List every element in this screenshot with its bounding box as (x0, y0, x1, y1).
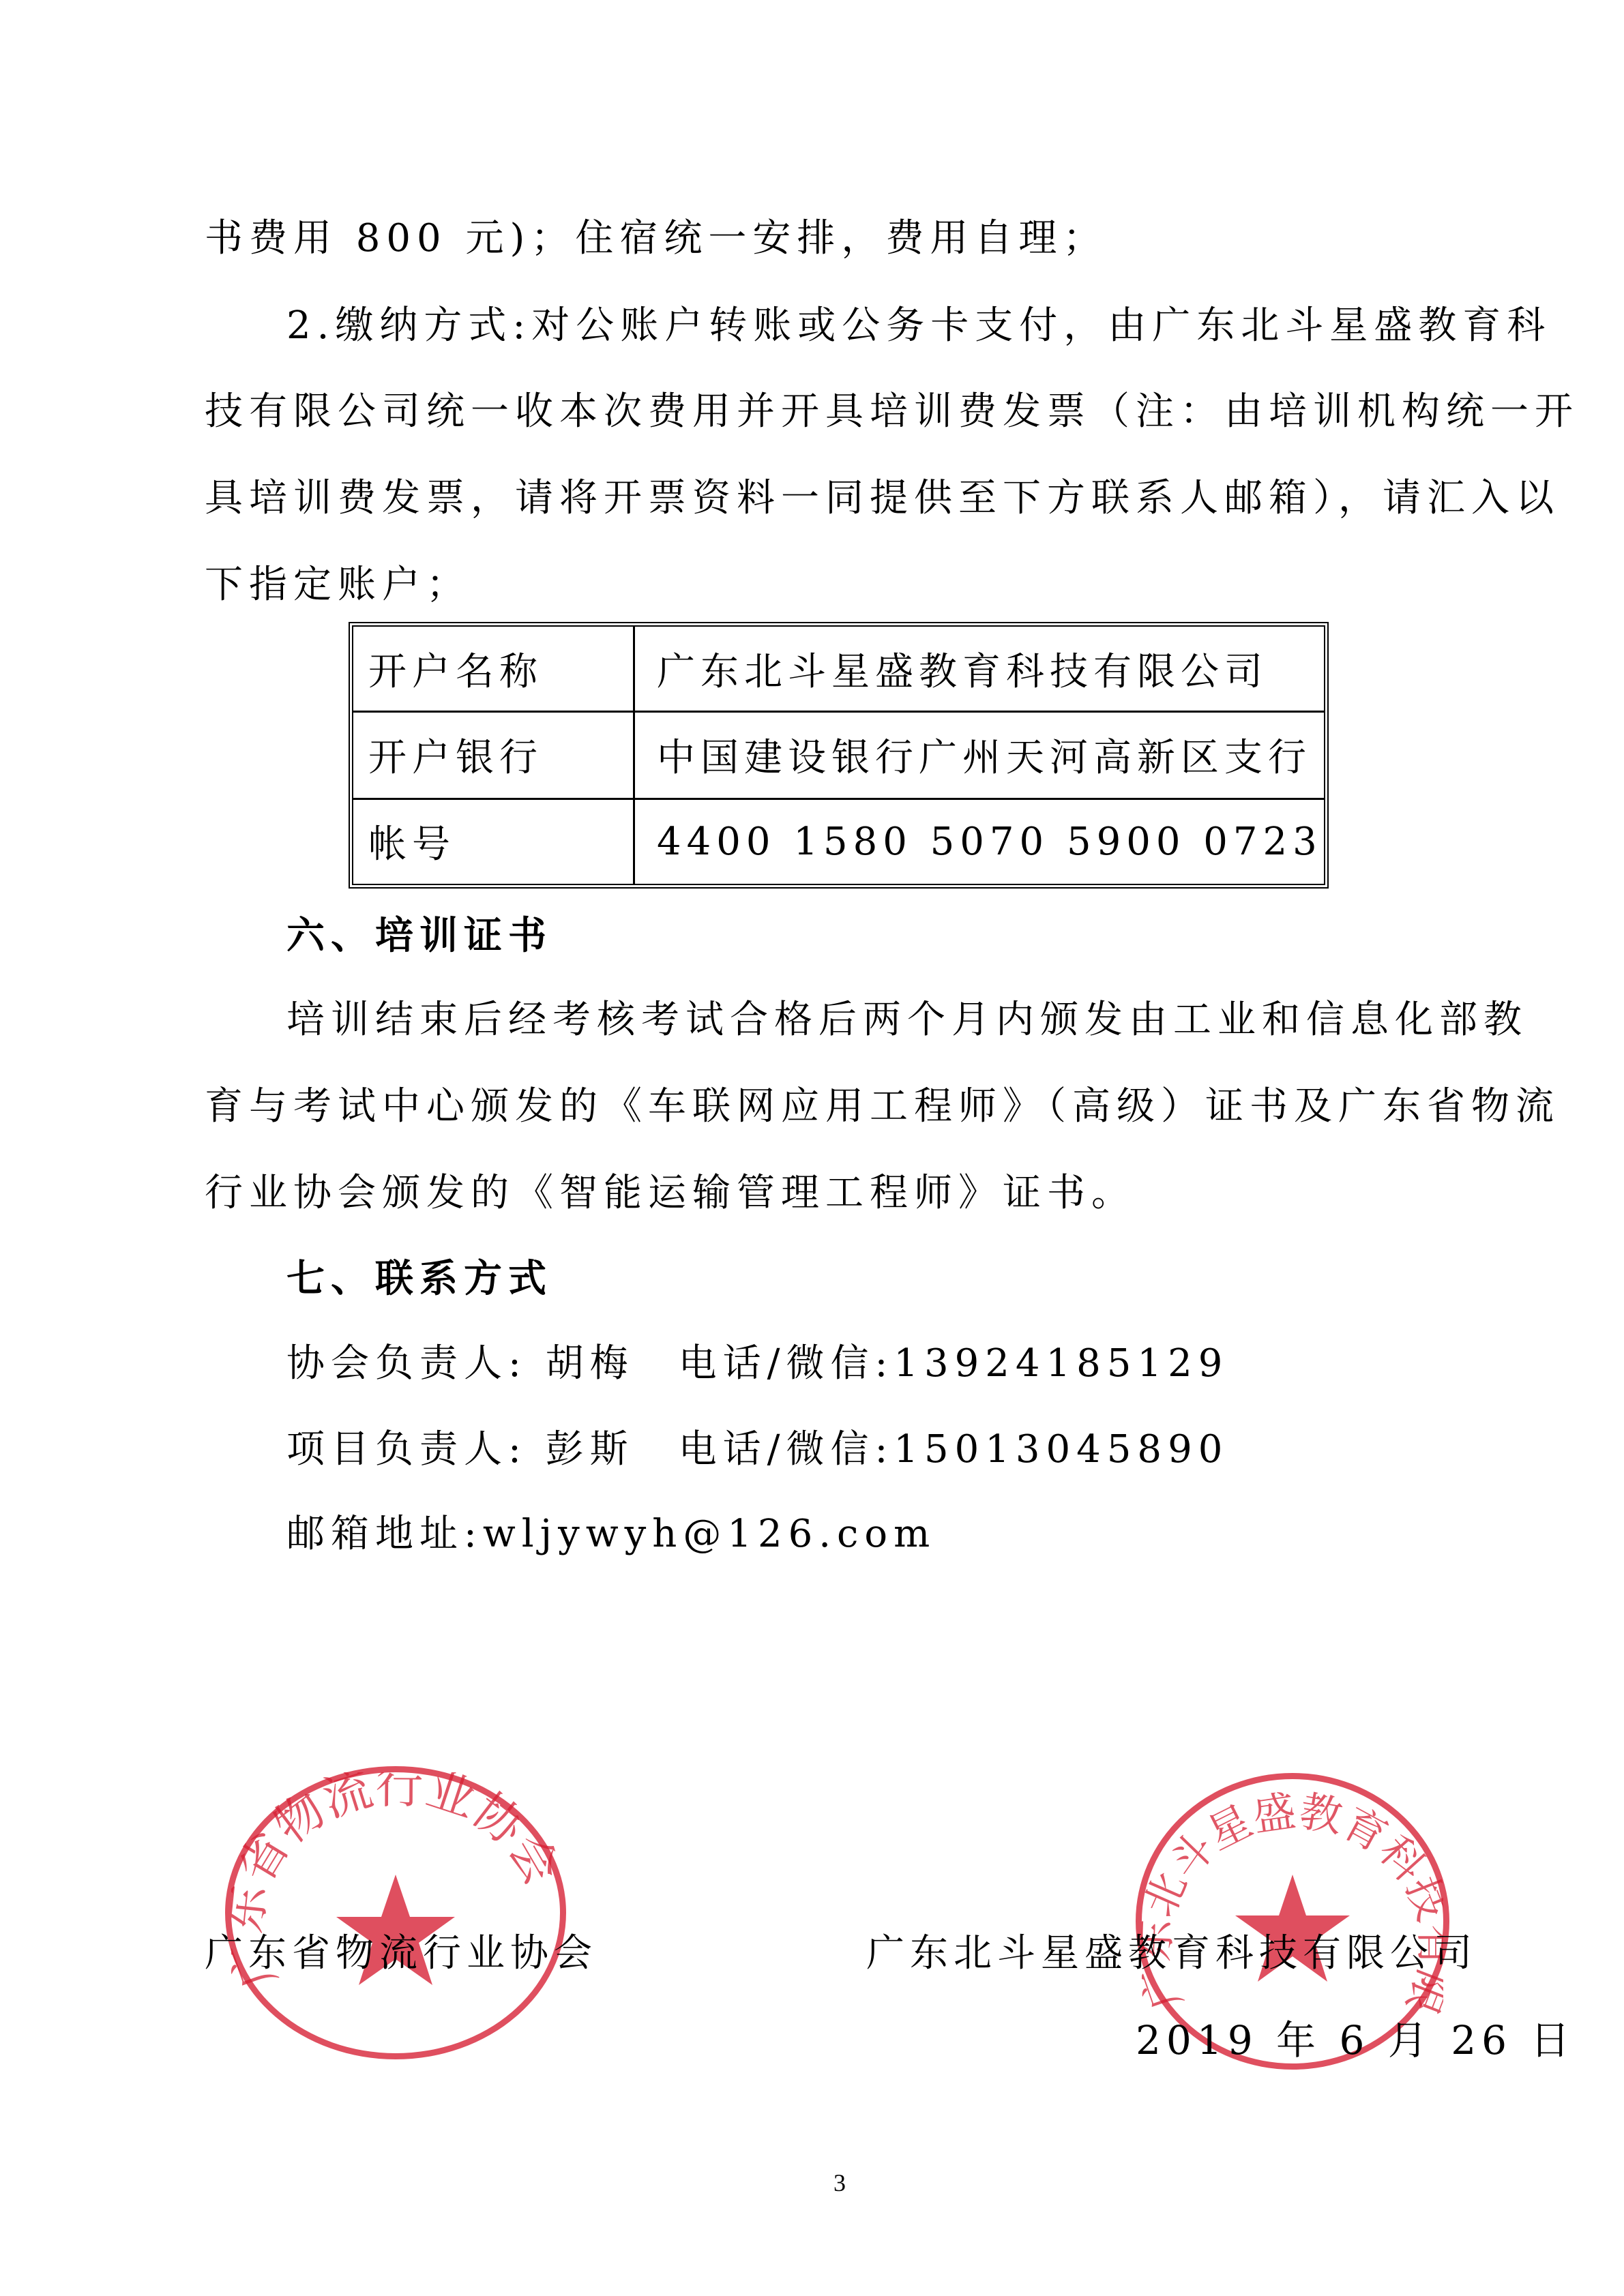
company-signature: 广东北斗星盛教育科技有限公司 (866, 1923, 1477, 1978)
table-row: 开户银行 中国建设银行广州天河高新区支行 (353, 712, 1324, 799)
account-name-value: 广东北斗星盛教育科技有限公司 (634, 627, 1325, 712)
email-address: 邮箱地址:wljywyh@126.com (286, 1515, 936, 1553)
association-seal-stamp: 广东省物流行业协会 (225, 1766, 566, 2059)
certificate-line-1: 培训结束后经考核考试合格后两个月内颁发由工业和信息化部教 (286, 1001, 1528, 1039)
bank-value: 中国建设银行广州天河高新区支行 (634, 712, 1325, 799)
table-row: 帐号 4400 1580 5070 5900 0723 (353, 799, 1324, 884)
section-6-heading: 六、培训证书 (286, 917, 552, 955)
payment-method-line-2: 技有限公司统一收本次费用并开具培训费发票（注：由培训机构统一开 (205, 393, 1579, 431)
payment-method-line-3: 具培训费发票，请将开票资料一同提供至下方联系人邮箱），请汇入以 (205, 479, 1560, 518)
certificate-line-3: 行业协会颁发的《智能运输管理工程师》证书。 (205, 1174, 1136, 1212)
project-contact: 项目负责人: 彭斯 电话/微信:15013045890 (286, 1431, 1228, 1469)
association-signature: 广东省物流行业协会 (205, 1923, 597, 1978)
payment-method-line-4: 下指定账户； (205, 566, 471, 604)
account-name-label: 开户名称 (353, 627, 634, 712)
table-row: 开户名称 广东北斗星盛教育科技有限公司 (353, 627, 1324, 712)
signature-date: 2019 年 6 月 26 日 (1136, 2008, 1576, 2066)
bank-account-table: 开户名称 广东北斗星盛教育科技有限公司 开户银行 中国建设银行广州天河高新区支行… (349, 622, 1329, 889)
association-contact: 协会负责人: 胡梅 电话/微信:13924185129 (286, 1345, 1228, 1383)
payment-method-line-1: 2.缴纳方式:对公账户转账或公务卡支付，由广东北斗星盛教育科 (286, 307, 1551, 345)
bank-label: 开户银行 (353, 712, 634, 799)
fee-line: 书费用 800 元)；住宿统一安排，费用自理； (205, 220, 1107, 258)
account-number-label: 帐号 (353, 799, 634, 884)
seal-star-icon: 广东省物流行业协会 (231, 1772, 560, 2053)
page-number: 3 (833, 2168, 846, 2197)
section-7-heading: 七、联系方式 (286, 1260, 552, 1298)
certificate-line-2: 育与考试中心颁发的《车联网应用工程师》（高级）证书及广东省物流 (205, 1088, 1560, 1126)
account-number-value: 4400 1580 5070 5900 0723 (634, 799, 1325, 884)
